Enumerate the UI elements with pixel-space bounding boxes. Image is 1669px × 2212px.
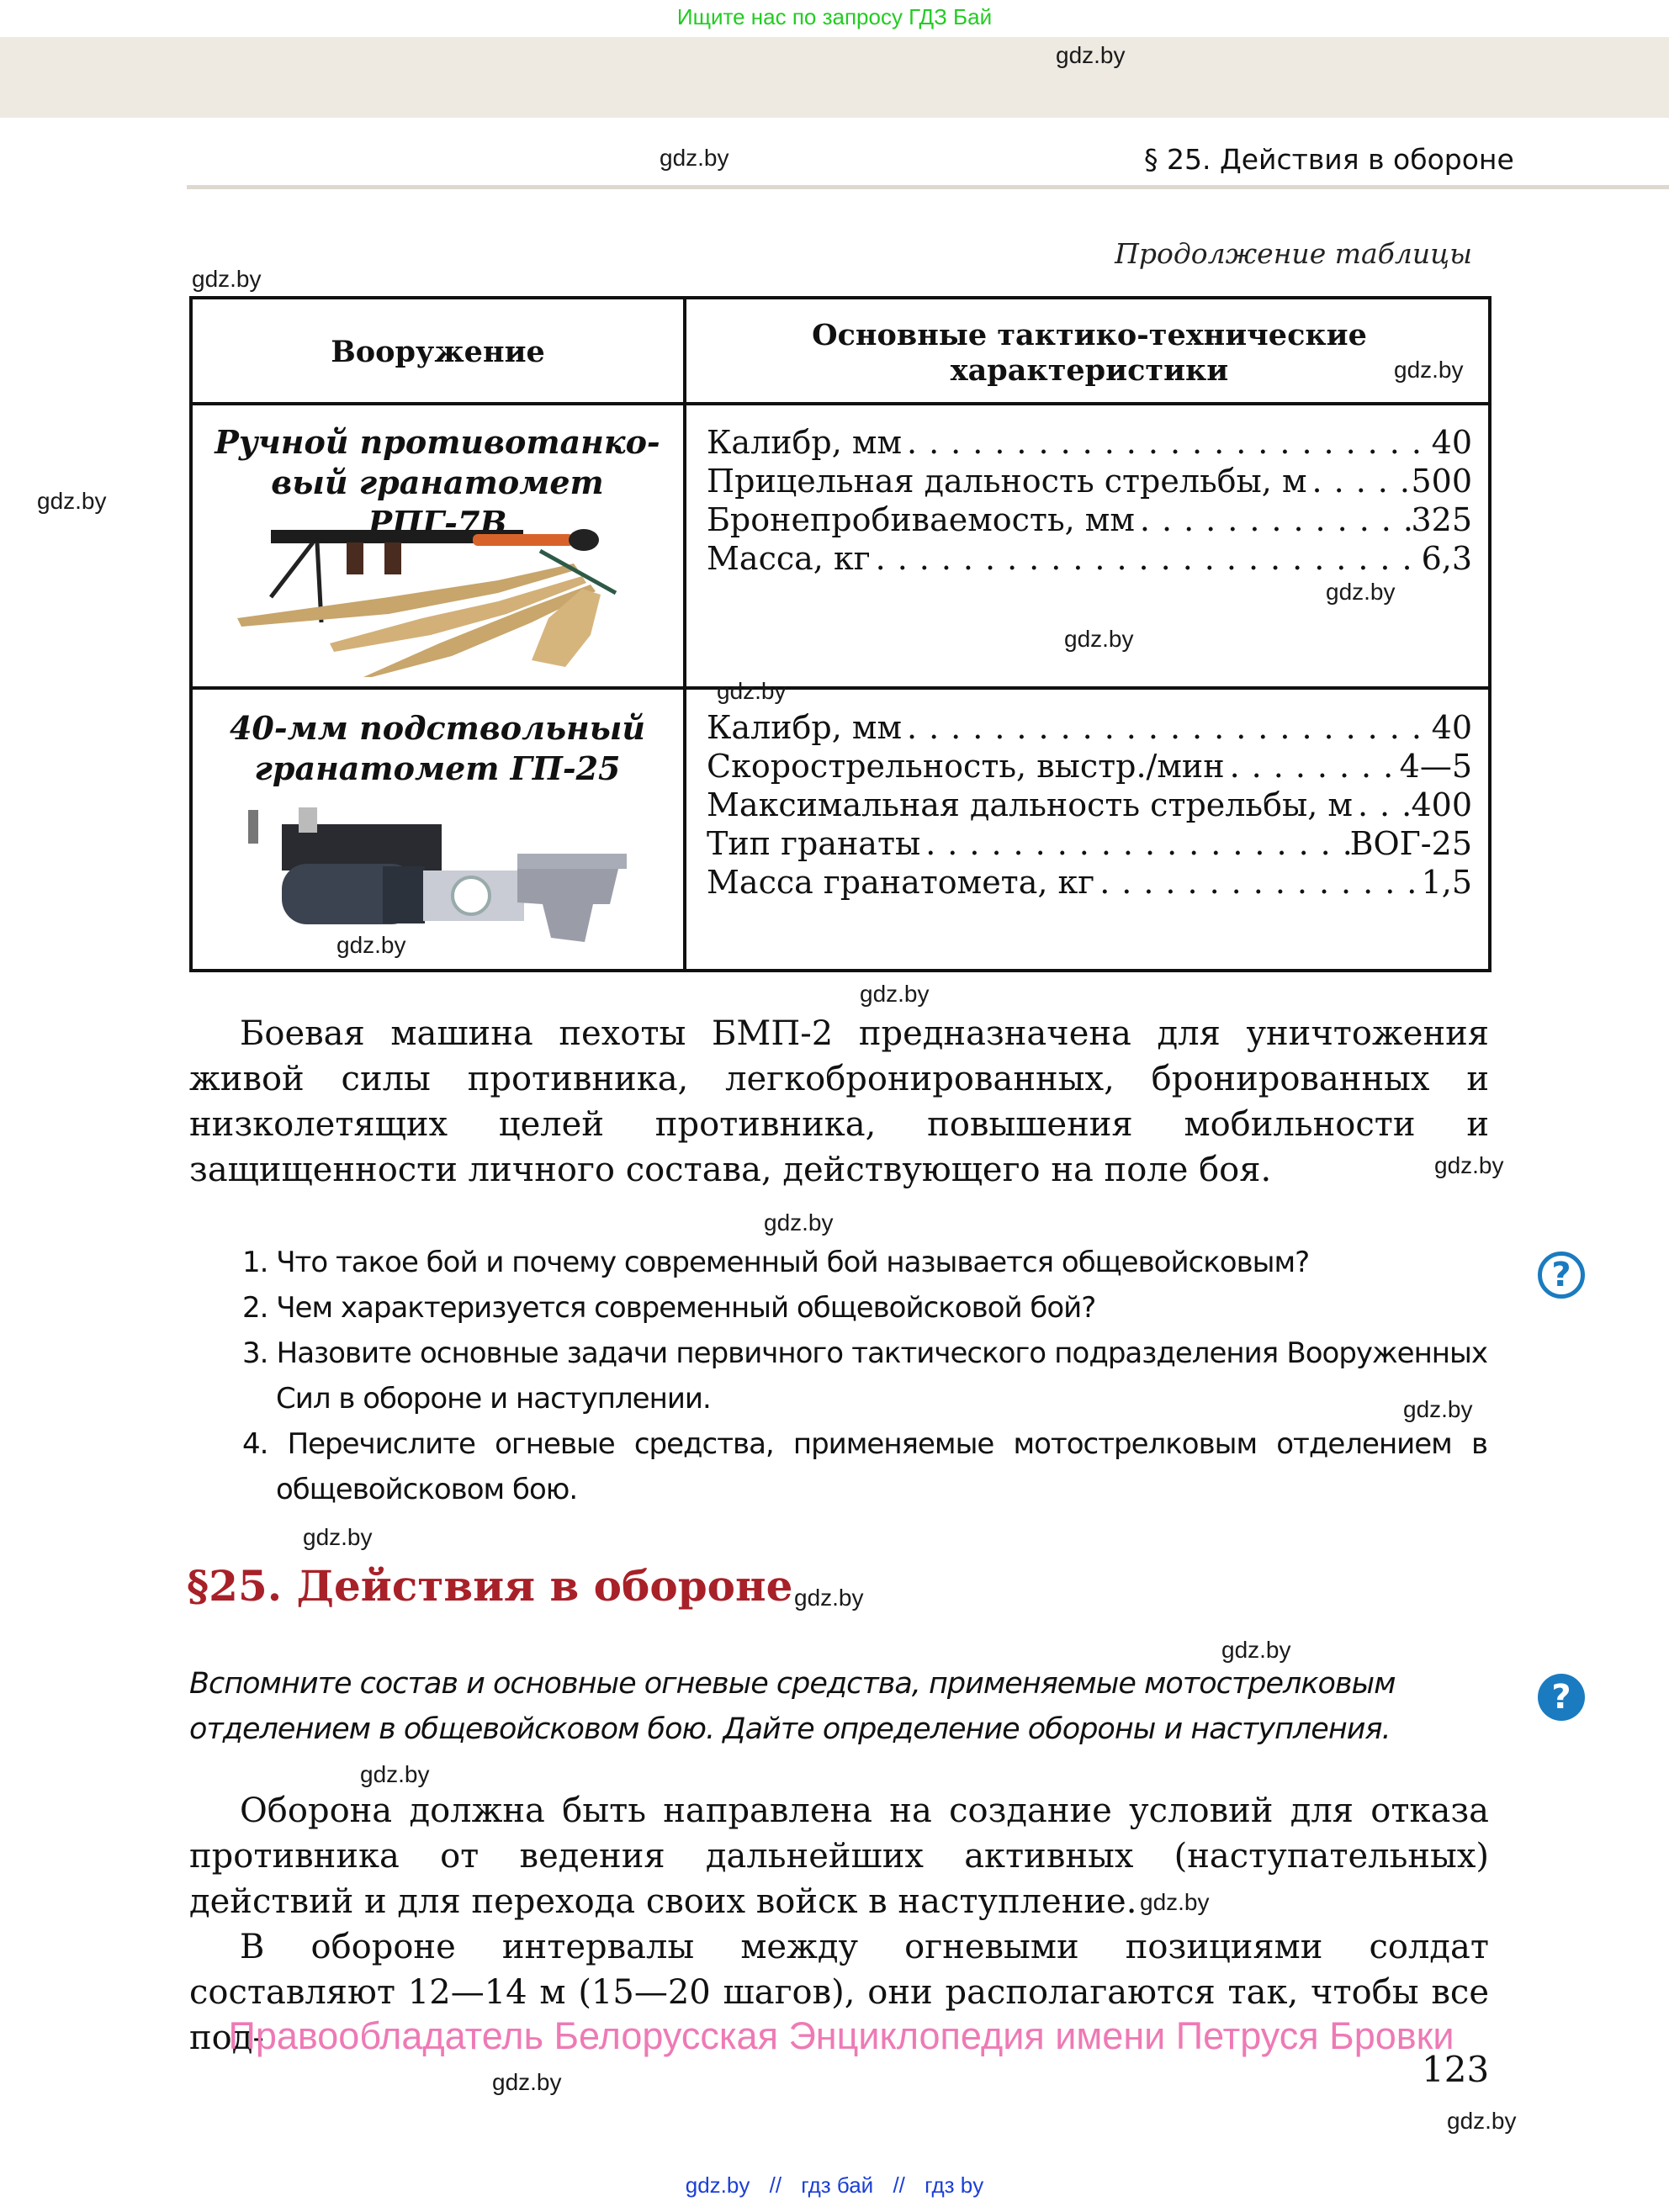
table-row-divider — [189, 402, 1492, 405]
footer-link-gdz-by[interactable]: gdz.by — [686, 2172, 750, 2198]
question-circle-filled-icon: ? — [1538, 1674, 1585, 1721]
spec-value: 500 — [1411, 462, 1472, 500]
watermark: gdz.by — [717, 678, 787, 705]
watermark: gdz.by — [764, 1209, 834, 1236]
leader-dots: ........................................… — [920, 824, 1349, 863]
watermark: gdz.by — [1394, 357, 1464, 384]
spec-value: 325 — [1411, 500, 1472, 539]
spec-row: Масса гранатомета, кг...................… — [707, 863, 1472, 902]
section-paragraph: Оборона должна быть направлена на создан… — [189, 1788, 1489, 1924]
spec-value: 1,5 — [1422, 863, 1472, 902]
question-item: 4. Перечислите огневые средства, применя… — [242, 1421, 1487, 1512]
watermark: gdz.by — [860, 981, 930, 1008]
leader-dots: ........................................… — [902, 423, 1432, 462]
spec-label: Масса, кг — [707, 539, 871, 578]
watermark: gdz.by — [1056, 42, 1126, 69]
watermark: gdz.by — [660, 145, 729, 172]
spec-label: Скорострельность, выстр./мин — [707, 747, 1225, 786]
rpg-7v-photo — [220, 517, 641, 677]
watermark: gdz.by — [303, 1524, 373, 1551]
spec-list-rpg7v: Калибр, мм..............................… — [707, 423, 1472, 578]
weapon-name-line: гранатомет ГП-25 — [202, 749, 673, 789]
watermark: gdz.by — [1447, 2108, 1517, 2135]
table-header-weapon: Вооружение — [193, 335, 683, 370]
watermark: gdz.by — [37, 488, 107, 515]
spec-label: Масса гранатомета, кг — [707, 863, 1094, 902]
table-row-divider — [189, 686, 1492, 690]
spec-row: Бронепробиваемость, мм..................… — [707, 500, 1472, 539]
running-head: § 25. Действия в обороне — [1144, 143, 1514, 176]
watermark: gdz.by — [1403, 1396, 1473, 1423]
table-caption: Продолжение таблицы — [1009, 237, 1472, 270]
spec-label: Калибр, мм — [707, 708, 902, 747]
spec-value: 6,3 — [1422, 539, 1472, 578]
watermark: gdz.by — [1064, 626, 1134, 653]
spec-row: Скорострельность, выстр./мин............… — [707, 747, 1472, 786]
spec-row: Прицельная дальность стрельбы, м........… — [707, 462, 1472, 500]
spec-list-gp25: Калибр, мм..............................… — [707, 708, 1472, 902]
gp-25-photo — [240, 803, 644, 946]
question-item: 3. Назовите основные задачи первичного т… — [242, 1331, 1487, 1421]
header-band — [0, 37, 1669, 118]
question-circle-outline-icon: ? — [1538, 1252, 1585, 1299]
spec-label: Прицельная дальность стрельбы, м — [707, 462, 1307, 500]
leader-dots: ........................................… — [1225, 747, 1400, 786]
watermark: gdz.by — [492, 2069, 562, 2096]
weapon-name-line: 40-мм подствольный — [202, 708, 673, 749]
footer-separator: // — [770, 2172, 782, 2198]
watermark: gdz.by — [360, 1761, 430, 1788]
page-number: 123 — [1422, 2049, 1489, 2090]
weapon-name-line: Ручной противотанко- — [202, 422, 673, 463]
section-title: §25. Действия в обороне — [187, 1561, 792, 1611]
watermark: gdz.by — [336, 932, 406, 959]
table-header-specs: Основные тактико-технические характерист… — [757, 318, 1422, 389]
spec-row: Масса, кг...............................… — [707, 539, 1472, 578]
footer-link-gdz-bai[interactable]: гдз бай — [801, 2172, 873, 2198]
watermark: gdz.by — [192, 266, 262, 293]
leader-dots: ........................................… — [871, 539, 1422, 578]
watermark: gdz.by — [1221, 1637, 1291, 1664]
spec-label: Максимальная дальность стрельбы, м — [707, 786, 1353, 824]
footer-separator: // — [893, 2172, 904, 2198]
footer-link-gdz-by-cyr[interactable]: гдз by — [925, 2172, 983, 2198]
leader-dots: ........................................… — [1135, 500, 1412, 539]
spec-row: Калибр, мм..............................… — [707, 708, 1472, 747]
spec-row: Калибр, мм..............................… — [707, 423, 1472, 462]
recall-prompt: Вспомните состав и основные огневые сред… — [189, 1661, 1489, 1752]
bmp-paragraph: Боевая машина пехоты БМП-2 предназначена… — [189, 1011, 1489, 1193]
leader-dots: ........................................… — [1353, 786, 1412, 824]
question-item: 2. Чем характеризуется современный общев… — [242, 1285, 1487, 1331]
spec-row: Тип гранаты.............................… — [707, 824, 1472, 863]
watermark: gdz.by — [794, 1585, 864, 1611]
spec-value: 400 — [1411, 786, 1472, 824]
table-column-divider — [683, 296, 686, 972]
weapon-name-gp25: 40-мм подствольный гранатомет ГП-25 — [202, 708, 673, 789]
watermark: gdz.by — [1434, 1152, 1504, 1179]
spec-value: 40 — [1432, 423, 1472, 462]
watermark: gdz.by — [1140, 1889, 1210, 1916]
question-item: 1. Что такое бой и почему современный бо… — [242, 1240, 1487, 1285]
spec-row: Максимальная дальность стрельбы, м......… — [707, 786, 1472, 824]
leader-dots: ........................................… — [1307, 462, 1412, 500]
spec-label: Бронепробиваемость, мм — [707, 500, 1135, 539]
spec-value: 40 — [1432, 708, 1472, 747]
review-questions: 1. Что такое бой и почему современный бо… — [242, 1240, 1487, 1512]
spec-value: 4—5 — [1400, 747, 1472, 786]
spec-value: ВОГ-25 — [1350, 824, 1472, 863]
rights-notice: Правообладатель Белорусская Энциклопедия… — [135, 2014, 1548, 2058]
header-rule — [187, 185, 1669, 189]
spec-label: Тип гранаты — [707, 824, 920, 863]
search-banner[interactable]: Ищите нас по запросу ГДЗ Бай — [0, 0, 1669, 34]
leader-dots: ........................................… — [1094, 863, 1421, 902]
footer-links: gdz.by // гдз бай // гдз by — [0, 2172, 1669, 2199]
leader-dots: ........................................… — [902, 708, 1432, 747]
watermark: gdz.by — [1326, 579, 1396, 606]
spec-label: Калибр, мм — [707, 423, 902, 462]
